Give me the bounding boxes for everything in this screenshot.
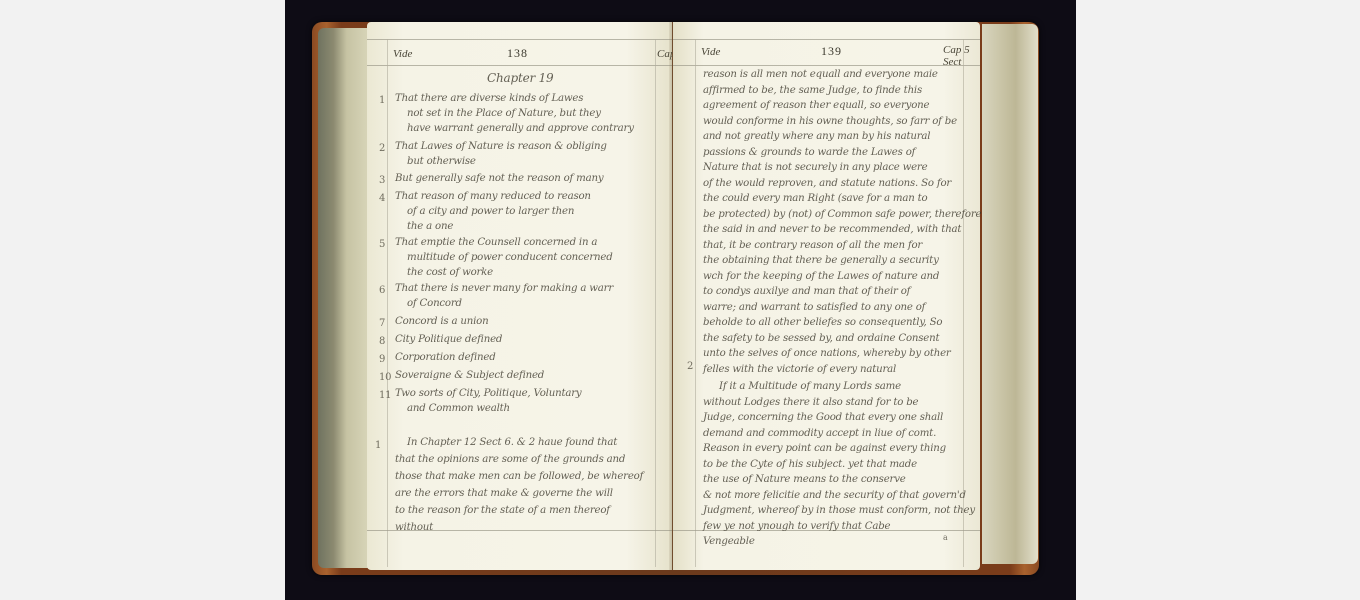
text-line: affirmed to be, the same Judge, to finde… (703, 86, 922, 96)
text-line: felles with the victorie of every natura… (703, 365, 896, 375)
item-line: but otherwise (407, 157, 476, 167)
text-line: Reason in every point can be against eve… (703, 444, 946, 454)
item-line: the a one (407, 222, 453, 232)
item-number: 11 (379, 391, 391, 401)
text-line: be protected) by (not) of Common safe po… (703, 210, 981, 220)
text-line: the use of Nature means to the conserve (703, 475, 906, 485)
text-line: to condys auxilye and man that of their … (703, 287, 910, 297)
item-number: 10 (379, 373, 391, 383)
left-page-block-edge (318, 28, 370, 568)
item-line: But generally safe not the reason of man… (395, 174, 603, 184)
text-line: and not greatly where any man by his nat… (703, 132, 930, 142)
text-line: would conforme in his owne thoughts, so … (703, 117, 957, 127)
text-line: Vengeable (703, 537, 755, 547)
item-number: 6 (379, 286, 385, 296)
page-number: 139 (821, 44, 842, 59)
text-line: unto the selves of once nations, whereby… (703, 349, 951, 359)
margin-rule-right (655, 39, 656, 567)
item-number: 2 (379, 144, 385, 154)
item-line: and Common wealth (407, 404, 510, 414)
text-line: the obtaining that there be generally a … (703, 256, 939, 266)
item-line: That emptie the Counsell concerned in a (395, 238, 597, 248)
paragraph-number: 1 (375, 441, 381, 451)
text-line: the safety to be sessed by, and ordaine … (703, 334, 939, 344)
paragraph-line: are the errors that make & governe the w… (395, 489, 613, 499)
text-line: warre; and warrant to satisfied to any o… (703, 303, 925, 313)
item-line: Corporation defined (395, 353, 496, 363)
item-line: That reason of many reduced to reason (395, 192, 591, 202)
item-line: Soveraigne & Subject defined (395, 371, 544, 381)
running-head-left: Vide (701, 46, 720, 58)
item-number: 3 (379, 176, 385, 186)
running-head-right: Cap 5 Sect (943, 44, 980, 68)
item-line: the cost of worke (407, 268, 493, 278)
item-number: 1 (379, 96, 385, 106)
item-line: That there is never many for making a wa… (395, 284, 613, 294)
page-number: 138 (507, 46, 528, 61)
text-line: Judgment, whereof by in those must confo… (703, 506, 975, 516)
header-rule-top (367, 39, 672, 40)
item-line: City Politique defined (395, 335, 502, 345)
paragraph-line: that the opinions are some of the ground… (395, 455, 625, 465)
text-line: If it a Multitude of many Lords same (719, 382, 901, 392)
right-page-block-edge (982, 24, 1038, 564)
text-line: agreement of reason ther equall, so ever… (703, 101, 929, 111)
text-line: that, it be contrary reason of all the m… (703, 241, 922, 251)
margin-number: 2 (687, 362, 693, 372)
text-line: the could every man Right (save for a ma… (703, 194, 927, 204)
item-number: 7 (379, 319, 385, 329)
item-line: That there are diverse kinds of Lawes (395, 94, 583, 104)
item-number: 4 (379, 194, 385, 204)
text-line: demand and commodity accept in liue of c… (703, 429, 936, 439)
item-line: multitude of power conducent concerned (407, 253, 613, 263)
text-line: & not more felicitie and the security of… (703, 491, 966, 501)
right-page: Vide 139 Cap 5 Sect reason is all men no… (673, 22, 980, 570)
text-line: passions & grounds to warde the Lawes of (703, 148, 915, 158)
paragraph-line: without (395, 523, 433, 533)
text-line: beholde to all other beliefes so consequ… (703, 318, 942, 328)
margin-rule-right (963, 39, 964, 567)
header-rule-bottom (673, 65, 980, 66)
catchword-mark: a (943, 534, 948, 542)
item-number: 5 (379, 240, 385, 250)
text-line: to be the Cyte of his subject. yet that … (703, 460, 917, 470)
left-page: Vide 138 Cap Chapter 19 1That there are … (367, 22, 672, 570)
item-line: not set in the Place of Nature, but they (407, 109, 601, 119)
manuscript-viewer: Vide 138 Cap Chapter 19 1That there are … (285, 0, 1076, 600)
text-line: the said in and never to be recommended,… (703, 225, 961, 235)
item-line: Two sorts of City, Politique, Voluntary (395, 389, 581, 399)
text-line: reason is all men not equall and everyon… (703, 70, 938, 80)
item-line: of a city and power to larger then (407, 207, 574, 217)
item-number: 8 (379, 337, 385, 347)
item-number: 9 (379, 355, 385, 365)
text-line: Nature that is not securely in any place… (703, 163, 927, 173)
item-line: have warrant generally and approve contr… (407, 124, 634, 134)
margin-rule-left (695, 39, 696, 567)
paragraph-line: In Chapter 12 Sect 6. & 2 haue found tha… (407, 438, 617, 448)
paragraph-line: those that make men can be followed, be … (395, 472, 643, 482)
text-line: Judge, concerning the Good that every on… (703, 413, 943, 423)
text-line: wch for the keeping of the Lawes of natu… (703, 272, 939, 282)
running-head-left: Vide (393, 48, 412, 60)
item-line: Concord is a union (395, 317, 488, 327)
chapter-heading: Chapter 19 (487, 72, 554, 84)
paragraph-line: to the reason for the state of a men the… (395, 506, 610, 516)
text-line: of the would reproven, and statute natio… (703, 179, 951, 189)
margin-rule-left (387, 39, 388, 567)
header-rule-bottom (367, 65, 672, 66)
item-line: of Concord (407, 299, 462, 309)
header-rule-top (673, 39, 980, 40)
text-line: without Lodges there it also stand for t… (703, 398, 918, 408)
item-line: That Lawes of Nature is reason & obligin… (395, 142, 607, 152)
text-line: few ye not ynough to verify that Cabe (703, 522, 890, 532)
